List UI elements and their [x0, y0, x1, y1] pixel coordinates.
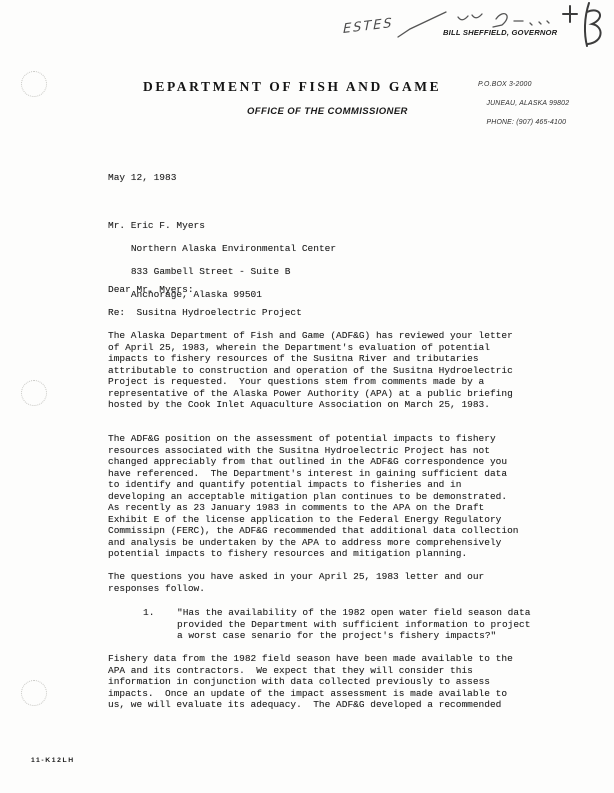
paragraph: The ADF&G position on the assessment of …: [108, 433, 518, 560]
phone-line: PHONE: (907) 465-4100: [486, 119, 566, 126]
hole-punch-mark: [21, 680, 47, 706]
recipient-block: Mr. Eric F. Myers Northern Alaska Enviro…: [108, 220, 336, 312]
city-line: JUNEAU, ALASKA 99802: [486, 100, 569, 107]
letterhead-department: DEPARTMENT OF FISH AND GAME: [143, 79, 403, 95]
subject-line: Re: Susitna Hydroelectric Project: [108, 307, 302, 319]
governor-line: BILL SHEFFIELD, GOVERNOR: [443, 28, 557, 37]
paragraph: The Alaska Department of Fish and Game (…: [108, 330, 513, 411]
po-box-line: P.O.BOX 3-2000: [478, 81, 532, 88]
scanned-letter-page: ESTES BILL SHEFFIELD, GOVERNOR DEPARTMEN…: [0, 0, 614, 793]
hole-punch-mark: [21, 71, 47, 97]
hole-punch-mark: [21, 380, 47, 406]
recipient-name: Mr. Eric F. Myers: [108, 220, 205, 231]
question-quote: "Has the availability of the 1982 open w…: [177, 607, 530, 642]
salutation: Dear Mr. Myers:: [108, 284, 194, 296]
letterhead-address: P.O.BOX 3-2000 JUNEAU, ALASKA 99802 PHON…: [478, 80, 569, 136]
paragraph: Fishery data from the 1982 field season …: [108, 653, 513, 711]
letter-date: May 12, 1983: [108, 172, 176, 184]
paragraph: The questions you have asked in your Apr…: [108, 571, 484, 594]
recipient-street: 833 Gambell Street - Suite B: [131, 266, 291, 277]
handwritten-name: ESTES: [343, 16, 394, 37]
letterhead-office: OFFICE OF THE COMMISSIONER: [247, 106, 408, 117]
form-code: 11-K12LH: [31, 757, 75, 764]
recipient-org: Northern Alaska Environmental Center: [131, 243, 336, 254]
question-number: 1.: [143, 607, 154, 619]
handwritten-scribble-icon: [396, 0, 612, 50]
